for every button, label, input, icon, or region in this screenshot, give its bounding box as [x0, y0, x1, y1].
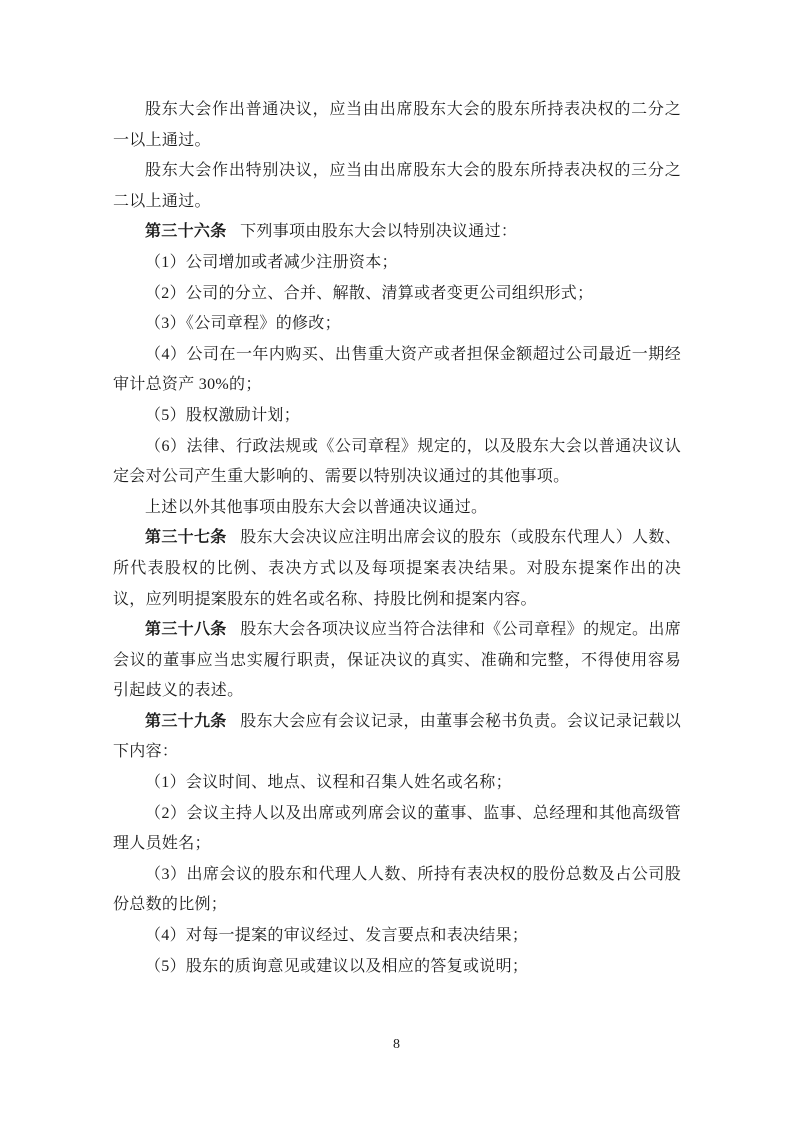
paragraph: （2）会议主持人以及出席或列席会议的董事、监事、总经理和其他高级管理人员姓名； — [113, 799, 681, 860]
paragraph-text: （3）《公司章程》的修改； — [145, 315, 341, 332]
paragraph-text: 股东大会作出普通决议，应当由出席股东大会的股东所持表决权的二分之一以上通过。 — [113, 101, 681, 149]
paragraph: （3）《公司章程》的修改； — [113, 309, 681, 340]
paragraph: 第三十六条下列事项由股东大会以特别决议通过： — [113, 217, 681, 248]
paragraph: （6）法律、行政法规或《公司章程》规定的，以及股东大会以普通决议认定会对公司产生… — [113, 432, 681, 493]
paragraph: 上述以外其他事项由股东大会以普通决议通过。 — [113, 493, 681, 524]
article-number: 第三十六条 — [145, 223, 227, 240]
paragraph: （1）会议时间、地点、议程和召集人姓名或名称； — [113, 768, 681, 799]
paragraph-text: 股东大会作出特别决议，应当由出席股东大会的股东所持表决权的三分之二以上通过。 — [113, 162, 681, 210]
paragraph: （4）对每一提案的审议经过、发言要点和表决结果； — [113, 921, 681, 952]
page-number: 8 — [0, 1036, 793, 1054]
paragraph: （3）出席会议的股东和代理人人数、所持有表决权的股份总数及占公司股份总数的比例； — [113, 860, 681, 921]
paragraph: （2）公司的分立、合并、解散、清算或者变更公司组织形式； — [113, 279, 681, 310]
paragraph: 股东大会作出特别决议，应当由出席股东大会的股东所持表决权的三分之二以上通过。 — [113, 156, 681, 217]
paragraph: （5）股东的质询意见或建议以及相应的答复或说明； — [113, 952, 681, 983]
paragraph-text: （5）股东的质询意见或建议以及相应的答复或说明； — [145, 958, 528, 975]
paragraph-text: （4）公司在一年内购买、出售重大资产或者担保金额超过公司最近一期经审计总资产 3… — [113, 346, 681, 394]
paragraph-text: （2）会议主持人以及出席或列席会议的董事、监事、总经理和其他高级管理人员姓名； — [113, 805, 681, 853]
paragraph: 第三十七条股东大会决议应注明出席会议的股东（或股东代理人）人数、所代表股权的比例… — [113, 523, 681, 615]
paragraph: （1）公司增加或者减少注册资本； — [113, 248, 681, 279]
paragraph-text: 上述以外其他事项由股东大会以普通决议通过。 — [145, 499, 487, 516]
paragraph-text: （6）法律、行政法规或《公司章程》规定的，以及股东大会以普通决议认定会对公司产生… — [113, 438, 681, 486]
paragraph-text: （3）出席会议的股东和代理人人数、所持有表决权的股份总数及占公司股份总数的比例； — [113, 866, 681, 914]
article-number: 第三十九条 — [145, 713, 227, 730]
article-number: 第三十八条 — [145, 621, 227, 638]
paragraph: 第三十九条股东大会应有会议记录，由董事会秘书负责。会议记录记载以下内容： — [113, 707, 681, 768]
paragraph-text: （1）公司增加或者减少注册资本； — [145, 254, 398, 271]
paragraph-text: （5）股权激励计划； — [145, 407, 300, 424]
paragraph: （5）股权激励计划； — [113, 401, 681, 432]
paragraph-text: 下列事项由股东大会以特别决议通过： — [240, 223, 517, 240]
paragraph-text: （1）会议时间、地点、议程和召集人姓名或名称； — [145, 774, 512, 791]
paragraph: 第三十八条股东大会各项决议应当符合法律和《公司章程》的规定。出席会议的董事应当忠… — [113, 615, 681, 707]
paragraph-text: （2）公司的分立、合并、解散、清算或者变更公司组织形式； — [145, 285, 593, 302]
document-body: 股东大会作出普通决议，应当由出席股东大会的股东所持表决权的二分之一以上通过。 股… — [113, 95, 681, 982]
article-number: 第三十七条 — [145, 529, 227, 546]
paragraph: 股东大会作出普通决议，应当由出席股东大会的股东所持表决权的二分之一以上通过。 — [113, 95, 681, 156]
paragraph-text: （4）对每一提案的审议经过、发言要点和表决结果； — [145, 927, 528, 944]
paragraph: （4）公司在一年内购买、出售重大资产或者担保金额超过公司最近一期经审计总资产 3… — [113, 340, 681, 401]
